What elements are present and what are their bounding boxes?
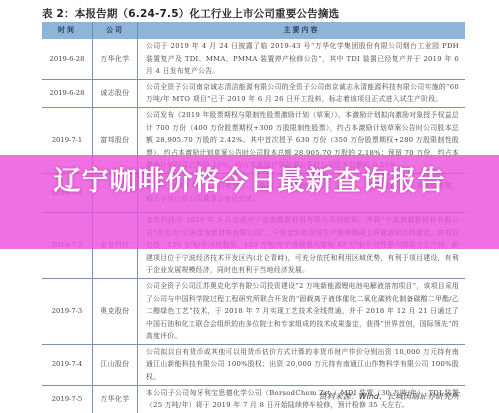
table-row: 2019-6-28 万华化学 公司于 2019 年 4 月 24 日披露了临 2…	[42, 39, 465, 79]
row-date: 2019-7-5	[42, 385, 93, 413]
header-content: 主要内容	[138, 22, 466, 39]
row-content: 公司全资子公司江苏奥克化学有限公司投资建设“2 万吨新能源锂电池电解液溶剂项目”…	[138, 278, 466, 344]
row-company: 江山股份	[93, 344, 138, 385]
overlay-title: 辽宁咖啡价格今日最新查询报告	[30, 165, 469, 199]
table-row: 2019-7-4 江山股份 公司拟以自有货币或其他可以用货币估价方式计算的非货币…	[42, 344, 465, 385]
row-company: 奥克股份	[93, 278, 138, 344]
source-note: 资料来源：Wind、长城国瑞证券研究所	[319, 391, 459, 402]
row-company: 万华化学	[93, 385, 138, 413]
table-row: 2019-7-3 奥克股份 公司全资子公司江苏奥克化学有限公司投资建设“2 万吨…	[42, 278, 465, 344]
row-content: 公司全资子公司南京诚志清洁能源有限公司的全资子公司南京诚志永清能源科技有限公司实…	[138, 79, 466, 107]
row-date: 2019-6-28	[42, 39, 93, 79]
row-company: 诚志股份	[93, 79, 138, 107]
table-row: 2019-6-28 诚志股份 公司全资子公司南京诚志清洁能源有限公司的全资子公司…	[42, 79, 465, 107]
row-date: 2019-7-3	[42, 278, 93, 344]
table-header-row: 时间 公司 主要内容	[42, 22, 465, 39]
row-content: 公司于 2019 年 4 月 24 日披露了临 2019-43 号“万华化学集团…	[138, 39, 466, 79]
row-content: 公司拟以自有货币或其他可以用货币估价方式计算的非货币财产作价分别出资 10,00…	[138, 344, 466, 385]
table-caption: 表 2：本报告期（6.24-7.5）化工行业上市公司重要公告摘选	[42, 6, 339, 21]
row-date: 2019-6-28	[42, 79, 93, 107]
header-company: 公司	[93, 22, 138, 39]
row-date: 2019-7-4	[42, 344, 93, 385]
header-date: 时间	[42, 22, 93, 39]
row-company: 万华化学	[93, 39, 138, 79]
